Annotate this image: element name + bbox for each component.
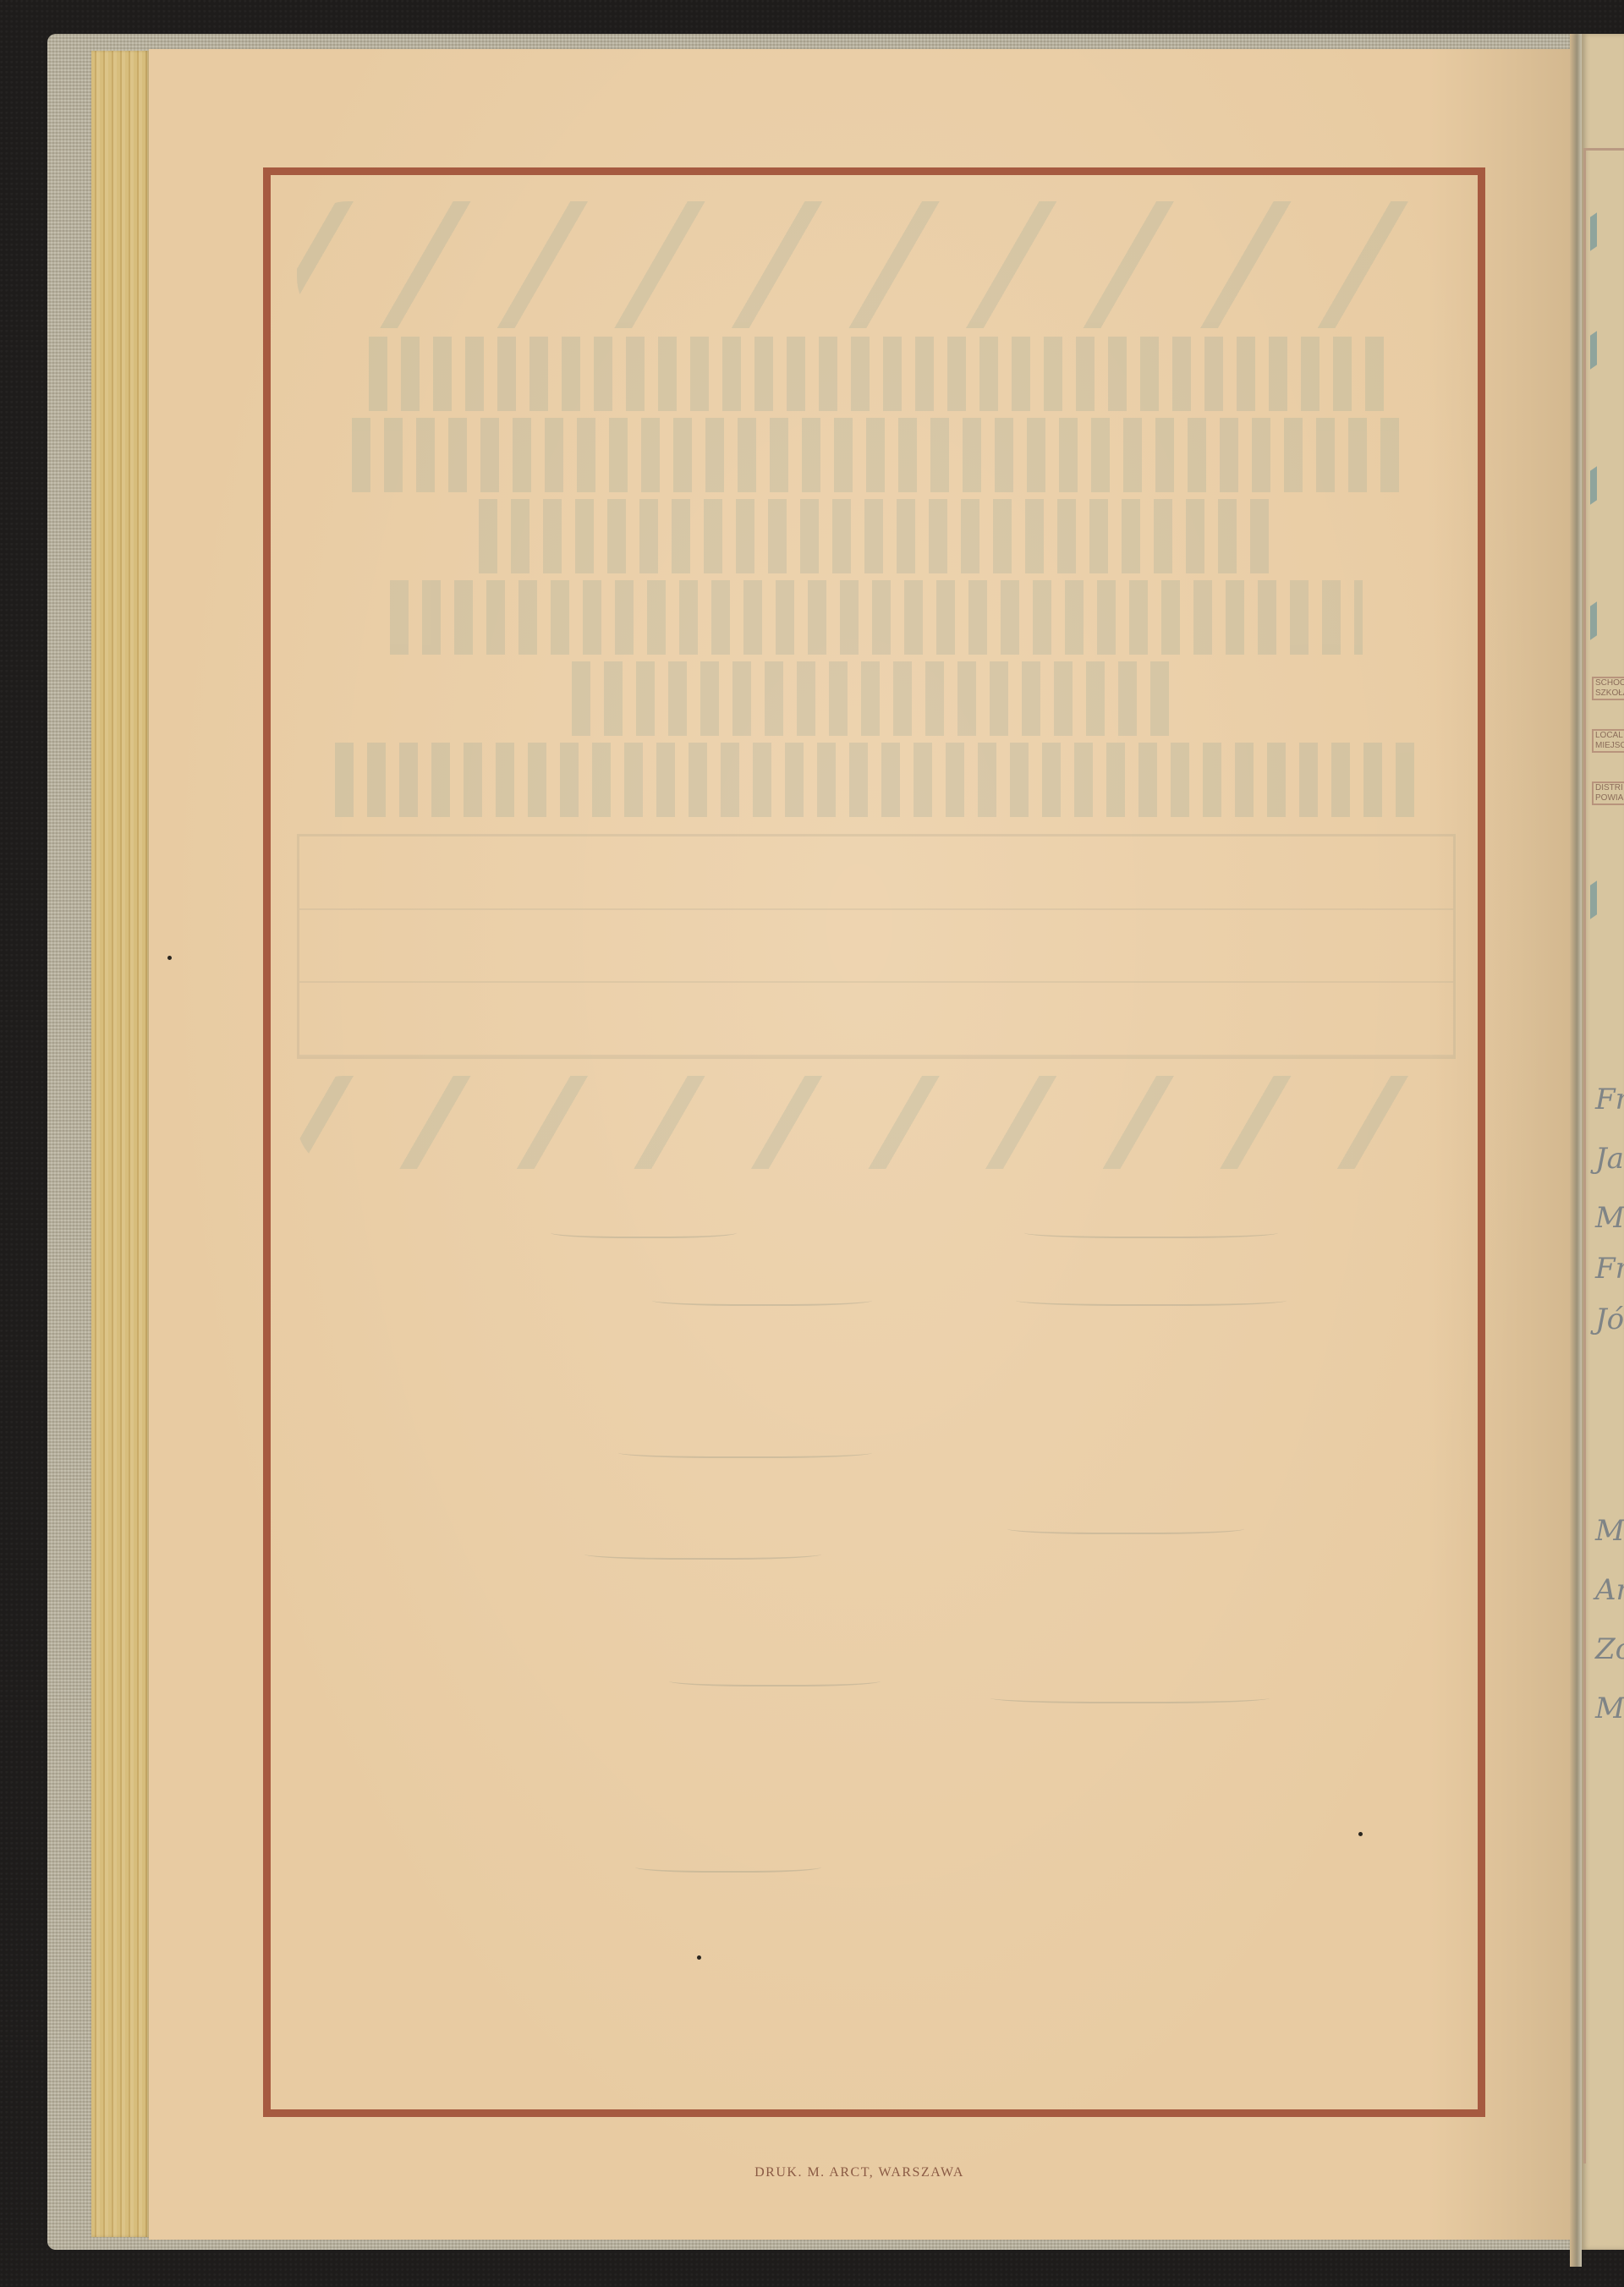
printed-border-frame [263, 167, 1485, 2117]
left-page: DRUK. M. ARCT, WARSZAWA [149, 49, 1570, 2240]
facing-label-line: SCHOO [1595, 678, 1624, 688]
facing-label-line: MIEJSC [1595, 741, 1624, 751]
facing-label-line: SZKOŁA [1595, 688, 1624, 699]
facing-handwriting: Mi [1595, 1201, 1624, 1235]
facing-handwriting: Fra [1595, 1083, 1624, 1116]
printer-imprint: DRUK. M. ARCT, WARSZAWA [149, 2165, 1570, 2180]
facing-handwriting: Ma [1595, 1692, 1624, 1725]
paper-speck [167, 956, 172, 960]
facing-label-locality: LOCAL MIEJSC [1592, 729, 1624, 753]
facing-label-district: DISTRI POWIA [1592, 782, 1624, 805]
facing-handwriting: Jan [1595, 1142, 1624, 1176]
page-edge-stack [91, 51, 149, 2237]
facing-handwriting: Ma [1595, 1514, 1624, 1548]
paper-speck [1358, 1832, 1363, 1836]
facing-label-line: LOCAL [1595, 731, 1624, 741]
book-gutter [1570, 34, 1582, 2267]
facing-handwriting: An [1595, 1573, 1624, 1607]
paper-speck [697, 1955, 701, 1960]
facing-handwriting: Fra [1595, 1252, 1624, 1286]
facing-label-line: DISTRI [1595, 783, 1624, 793]
facing-handwriting: Zo [1595, 1632, 1624, 1666]
facing-label-school: SCHOO SZKOŁA [1592, 677, 1624, 700]
facing-label-line: POWIA [1595, 793, 1624, 803]
facing-handwriting: Józ [1595, 1303, 1624, 1336]
